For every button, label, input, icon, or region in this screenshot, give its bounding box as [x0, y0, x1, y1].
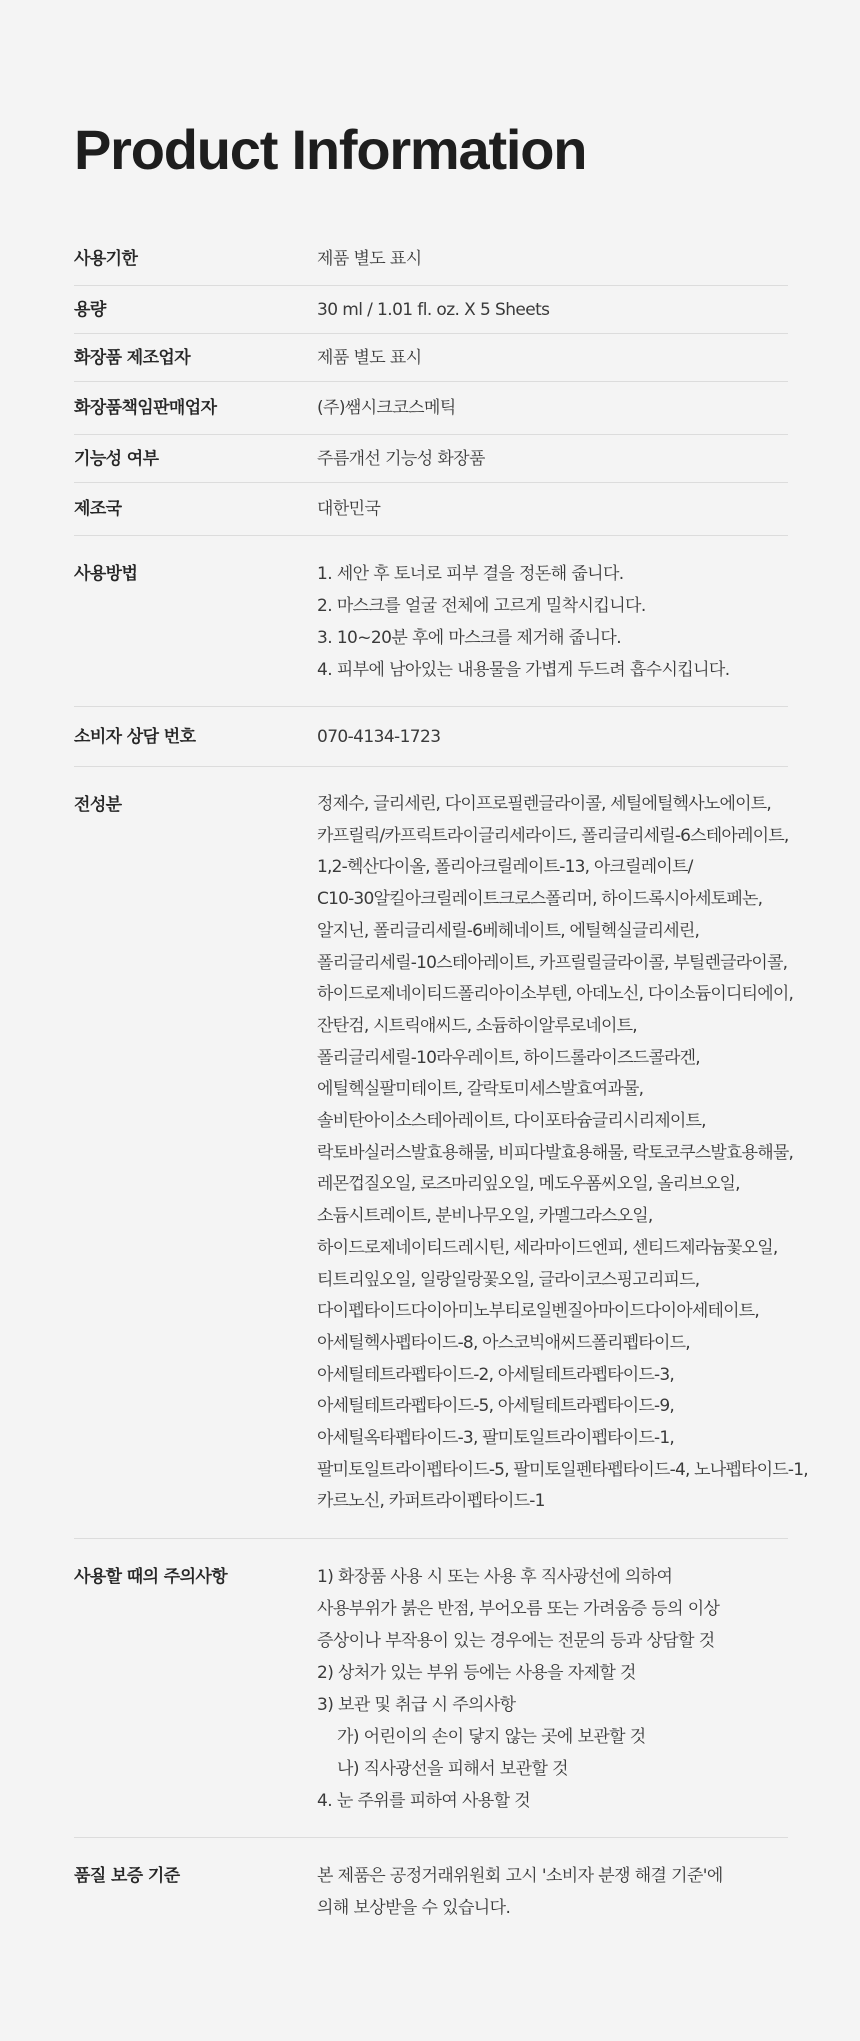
ingredient-line: 정제수, 글리세린, 다이프로필렌글라이콜, 세틸에틸헥사노에이트, — [317, 789, 808, 821]
ingredient-line: 카르노신, 카퍼트라이펩타이드-1 — [317, 1486, 808, 1518]
page-title: Product Information — [74, 0, 788, 182]
ingredient-line: C10-30알킬아크릴레이트크로스폴리머, 하이드록시아세토페논, — [317, 884, 808, 916]
ingredient-line: 아세틸테트라펩타이드-5, 아세틸테트라펩타이드-9, — [317, 1391, 808, 1423]
caution-subline: 나) 직사광선을 피해서 보관할 것 — [317, 1753, 788, 1785]
row-label: 사용기한 — [74, 248, 317, 270]
ingredient-line: 1,2-헥산다이올, 폴리아크릴레이트-13, 아크릴레이트/ — [317, 852, 808, 884]
info-row-ingredients: 전성분 정제수, 글리세린, 다이프로필렌글라이콜, 세틸에틸헥사노에이트, 카… — [74, 767, 788, 1539]
row-label: 화장품책임판매업자 — [74, 397, 317, 419]
ingredient-line: 하이드로제네이티드레시틴, 세라마이드엔피, 센티드제라늄꽃오일, — [317, 1233, 808, 1265]
usage-steps: 1. 세안 후 토너로 피부 결을 정돈해 줍니다. 2. 마스크를 얼굴 전체… — [317, 558, 788, 686]
row-label: 품질 보증 기준 — [74, 1860, 317, 1892]
ingredient-line: 아세틸옥타펩타이드-3, 팔미토일트라이펩타이드-1, — [317, 1423, 808, 1455]
row-label: 기능성 여부 — [74, 448, 317, 470]
product-information-page: Product Information 사용기한 제품 별도 표시 용량 30 … — [74, 0, 788, 1944]
cautions-list: 1) 화장품 사용 시 또는 사용 후 직사광선에 의하여 사용부위가 붉은 반… — [317, 1561, 788, 1817]
ingredient-line: 솔비탄아이소스테아레이트, 다이포타슘글리시리제이트, — [317, 1106, 808, 1138]
ingredient-line: 폴리글리세릴-10라우레이트, 하이드롤라이즈드콜라겐, — [317, 1043, 808, 1075]
ingredient-line: 아세틸테트라펩타이드-2, 아세틸테트라펩타이드-3, — [317, 1360, 808, 1392]
caution-line: 4. 눈 주위를 피하여 사용할 것 — [317, 1785, 788, 1817]
info-row-cautions: 사용할 때의 주의사항 1) 화장품 사용 시 또는 사용 후 직사광선에 의하… — [74, 1539, 788, 1838]
ingredient-line: 팔미토일트라이펩타이드-5, 팔미토일펜타펩타이드-4, 노나펩타이드-1, — [317, 1455, 808, 1487]
ingredients-list: 정제수, 글리세린, 다이프로필렌글라이콜, 세틸에틸헥사노에이트, 카프릴릭/… — [317, 789, 808, 1518]
info-row-volume: 용량 30 ml / 1.01 fl. oz. X 5 Sheets — [74, 286, 788, 334]
row-value: 30 ml / 1.01 fl. oz. X 5 Sheets — [317, 299, 788, 321]
caution-line: 사용부위가 붉은 반점, 부어오름 또는 가려움증 등의 이상 — [317, 1593, 788, 1625]
info-row-expiry: 사용기한 제품 별도 표시 — [74, 248, 788, 286]
ingredient-line: 레몬껍질오일, 로즈마리잎오일, 메도우폼씨오일, 올리브오일, — [317, 1169, 808, 1201]
ingredient-line: 락토바실러스발효용해물, 비피다발효용해물, 락토코쿠스발효용해물, — [317, 1138, 808, 1170]
ingredient-line: 하이드로제네이티드폴리아이소부텐, 아데노신, 다이소듐이디티에이, — [317, 979, 808, 1011]
info-row-distributor: 화장품책임판매업자 (주)쌤시크코스메틱 — [74, 382, 788, 435]
usage-step: 4. 피부에 남아있는 내용물을 가볍게 두드려 흡수시킵니다. — [317, 654, 788, 686]
row-value: 대한민국 — [317, 498, 788, 520]
usage-step: 2. 마스크를 얼굴 전체에 고르게 밀착시킵니다. — [317, 590, 788, 622]
caution-line: 3) 보관 및 취급 시 주의사항 — [317, 1689, 788, 1721]
ingredient-line: 아세틸헥사펩타이드-8, 아스코빅애씨드폴리펩타이드, — [317, 1328, 808, 1360]
row-value: 주름개선 기능성 화장품 — [317, 448, 788, 470]
row-label: 용량 — [74, 299, 317, 321]
product-info-table: 사용기한 제품 별도 표시 용량 30 ml / 1.01 fl. oz. X … — [74, 248, 788, 1944]
info-row-functional: 기능성 여부 주름개선 기능성 화장품 — [74, 435, 788, 483]
caution-line: 증상이나 부작용이 있는 경우에는 전문의 등과 상담할 것 — [317, 1625, 788, 1657]
ingredient-line: 알지닌, 폴리글리세릴-6베헤네이트, 에틸헥실글리세린, — [317, 916, 808, 948]
usage-step: 1. 세안 후 토너로 피부 결을 정돈해 줍니다. — [317, 558, 788, 590]
usage-step: 3. 10~20분 후에 마스크를 제거해 줍니다. — [317, 622, 788, 654]
ingredient-line: 잔탄검, 시트릭애씨드, 소듐하이알루로네이트, — [317, 1011, 808, 1043]
caution-line: 1) 화장품 사용 시 또는 사용 후 직사광선에 의하여 — [317, 1561, 788, 1593]
quality-text: 본 제품은 공정거래위원회 고시 '소비자 분쟁 해결 기준'에 의해 보상받을… — [317, 1860, 788, 1924]
info-row-manufacturer: 화장품 제조업자 제품 별도 표시 — [74, 334, 788, 382]
caution-subline: 가) 어린이의 손이 닿지 않는 곳에 보관할 것 — [317, 1721, 788, 1753]
ingredient-line: 에틸헥실팔미테이트, 갈락토미세스발효여과물, — [317, 1074, 808, 1106]
info-row-country: 제조국 대한민국 — [74, 483, 788, 536]
row-label: 제조국 — [74, 498, 317, 520]
row-label: 사용할 때의 주의사항 — [74, 1561, 317, 1593]
ingredient-line: 폴리글리세릴-10스테아레이트, 카프릴릴글라이콜, 부틸렌글라이콜, — [317, 948, 808, 980]
caution-line: 2) 상처가 있는 부위 등에는 사용을 자제할 것 — [317, 1657, 788, 1689]
quality-line: 본 제품은 공정거래위원회 고시 '소비자 분쟁 해결 기준'에 — [317, 1860, 788, 1892]
quality-line: 의해 보상받을 수 있습니다. — [317, 1892, 788, 1924]
phone-number: 070-4134-1723 — [317, 726, 788, 748]
ingredient-line: 다이펩타이드다이아미노부티로일벤질아마이드다이아세테이트, — [317, 1296, 808, 1328]
ingredient-line: 카프릴릭/카프릭트라이글리세라이드, 폴리글리세릴-6스테아레이트, — [317, 821, 808, 853]
row-label: 화장품 제조업자 — [74, 347, 317, 369]
row-value: 제품 별도 표시 — [317, 248, 788, 270]
row-label: 전성분 — [74, 789, 317, 821]
ingredient-line: 티트리잎오일, 일랑일랑꽃오일, 글라이코스핑고리피드, — [317, 1265, 808, 1297]
info-row-usage: 사용방법 1. 세안 후 토너로 피부 결을 정돈해 줍니다. 2. 마스크를 … — [74, 536, 788, 707]
row-label: 소비자 상담 번호 — [74, 726, 317, 748]
row-value: 제품 별도 표시 — [317, 347, 788, 369]
row-value: (주)쌤시크코스메틱 — [317, 397, 788, 419]
info-row-consumer-contact: 소비자 상담 번호 070-4134-1723 — [74, 707, 788, 767]
info-row-quality-guarantee: 품질 보증 기준 본 제품은 공정거래위원회 고시 '소비자 분쟁 해결 기준'… — [74, 1838, 788, 1944]
ingredient-line: 소듐시트레이트, 분비나무오일, 카멜그라스오일, — [317, 1201, 808, 1233]
row-label: 사용방법 — [74, 558, 317, 590]
